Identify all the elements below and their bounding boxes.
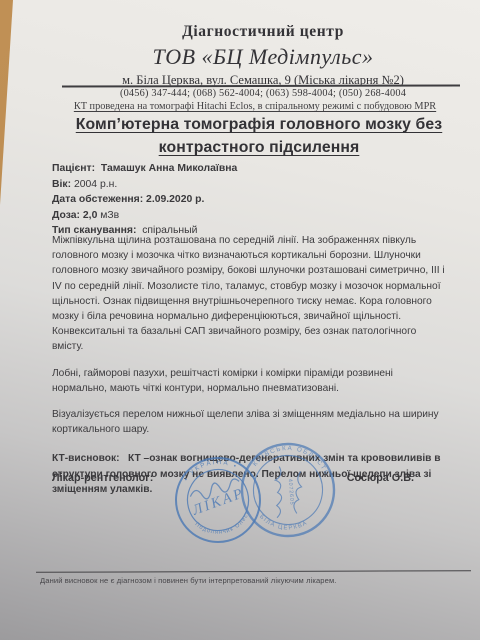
patient-name-line: Пацієнт: Тамашук Анна Миколаївна <box>52 161 237 177</box>
stamp-left-ring-top-text: • УКРАЇНА • <box>180 452 240 483</box>
report-paragraph-findings: Міжпівкульна щілина розташована по серед… <box>52 233 450 355</box>
scanner-note: КТ проведена на томографі Hitachi Eclos,… <box>40 101 470 112</box>
patient-block: Пацієнт: Тамашук Анна Миколаївна Вік: 20… <box>52 161 237 239</box>
clinic-type: Діагностичний центр <box>58 23 468 41</box>
footer-disclaimer: Даний висновок не є діагнозом і повинен … <box>40 576 460 585</box>
exam-date-label: Дата обстеження: <box>52 194 143 205</box>
dose-value: 2,0 <box>83 210 97 221</box>
stamp-right-number: 4072605 <box>287 479 295 506</box>
patient-name-value: Тамашук Анна Миколаївна <box>101 163 237 174</box>
stamp-right-center-scribble <box>270 466 304 520</box>
dose-unit: мЗв <box>100 210 119 221</box>
clinic-phones: (0456) 347-444; (068) 562-4004; (063) 59… <box>58 88 468 99</box>
patient-age-line: Вік: 2004 р.н. <box>52 177 237 193</box>
report-paragraph-fracture: Візуалізується перелом нижньої щелепи зл… <box>52 407 450 437</box>
exam-date-value: 2.09.2020 р. <box>146 194 204 205</box>
stamp-left-center-text: ЛІКАР <box>189 485 247 519</box>
report-paragraph-sinuses: Лобні, гайморові пазухи, решітчасті комі… <box>52 366 450 396</box>
clinic-name: ТОВ «БЦ Медімпульс» <box>58 44 468 70</box>
stamps-group: КИЇВСЬКА ОБЛАСТЬ БІЛА ЦЕРКВА 4072605 • У… <box>152 434 372 574</box>
document-photo: Діагностичний центр ТОВ «БЦ Медімпульс» … <box>0 0 480 640</box>
patient-age-label: Вік: <box>52 179 71 190</box>
patient-date-line: Дата обстеження: 2.09.2020 р. <box>52 192 237 208</box>
patient-age-value: 2004 р.н. <box>74 179 117 190</box>
patient-name-label: Пацієнт: <box>52 163 95 174</box>
document-title: Комп’ютерна томографія головного мозку б… <box>46 114 472 160</box>
doctor-role-label: Лікар-рентгенолог: <box>52 472 153 484</box>
letterhead: Діагностичний центр ТОВ «БЦ Медімпульс» … <box>58 23 468 88</box>
svg-text:• УКРАЇНА •: • УКРАЇНА • <box>180 452 240 483</box>
dose-label: Доза: <box>52 210 80 221</box>
conclusion-label: КТ-висновок: <box>52 453 120 464</box>
patient-dose-line: Доза: 2,0 мЗв <box>52 208 237 224</box>
